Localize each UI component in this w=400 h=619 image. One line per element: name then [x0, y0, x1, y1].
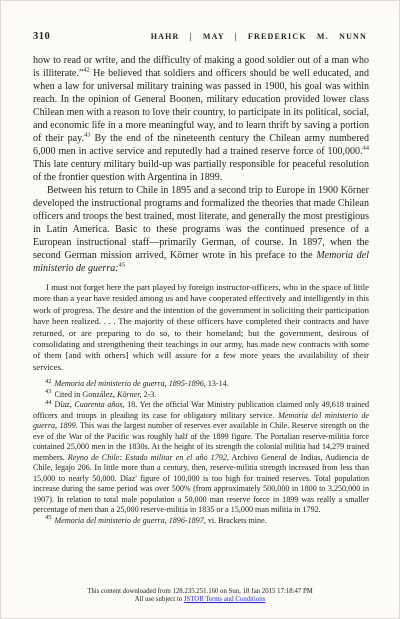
footnote-text: Cuarenta años,	[74, 400, 124, 409]
paragraph-1: how to read or write, and the difficulty…	[33, 54, 369, 184]
footnote-44: 44Díaz, Cuarenta años, 18. Yet the offic…	[33, 400, 369, 516]
block-quote: I must not forget here the part played b…	[33, 282, 369, 373]
footnote-text: Körner,	[117, 390, 142, 399]
footnote-ref-45: 45	[119, 262, 126, 269]
footnote-number: 44	[45, 399, 52, 406]
paragraph-text: This late century military build-up was …	[33, 159, 369, 183]
terms-line: All use subject to JSTOR Terms and Condi…	[1, 596, 399, 605]
footnote-text: 13-14.	[206, 379, 229, 388]
footnote-text: Memoria del ministerio de guerra, 1895-1…	[55, 379, 206, 388]
footnote-text: Memoria del ministerio de guerra, 1896-1…	[55, 516, 206, 525]
running-head: HAHR | MAY | FREDERICK M. NUNN	[151, 32, 367, 41]
footnote-text: Díaz,	[55, 400, 75, 409]
jstor-terms-link[interactable]: JSTOR Terms and Conditions	[184, 596, 265, 603]
footnote-43: 43Cited in González, Körner, 2-3.	[33, 390, 369, 401]
jstor-footer: This content downloaded from 128.235.251…	[1, 588, 399, 605]
footnote-text: 2-3.	[142, 390, 157, 399]
footnote-text: vi. Brackets mine.	[206, 516, 267, 525]
download-info: This content downloaded from 128.235.251…	[1, 588, 399, 597]
footnote-text: Reyno de Chile: Estado militar en el año…	[68, 453, 229, 462]
footnote-ref-44: 44	[363, 145, 370, 152]
paragraph-2: Between his return to Chile in 1895 and …	[33, 184, 369, 275]
footnote-number: 42	[45, 378, 52, 385]
terms-prefix: All use subject to	[135, 596, 184, 603]
footnote-text: Cited in González,	[55, 390, 117, 399]
page-number: 310	[33, 31, 50, 42]
footnote-45: 45Memoria del ministerio de guerra, 1896…	[33, 516, 369, 527]
page-header: 310 HAHR | MAY | FREDERICK M. NUNN	[33, 31, 369, 42]
footnote-number: 45	[45, 514, 52, 521]
journal-page-scan: 310 HAHR | MAY | FREDERICK M. NUNN how t…	[0, 0, 400, 619]
footnote-42: 42Memoria del ministerio de guerra, 1895…	[33, 379, 369, 390]
footnotes-section: 42Memoria del ministerio de guerra, 1895…	[33, 379, 369, 526]
footnote-number: 43	[45, 388, 52, 395]
